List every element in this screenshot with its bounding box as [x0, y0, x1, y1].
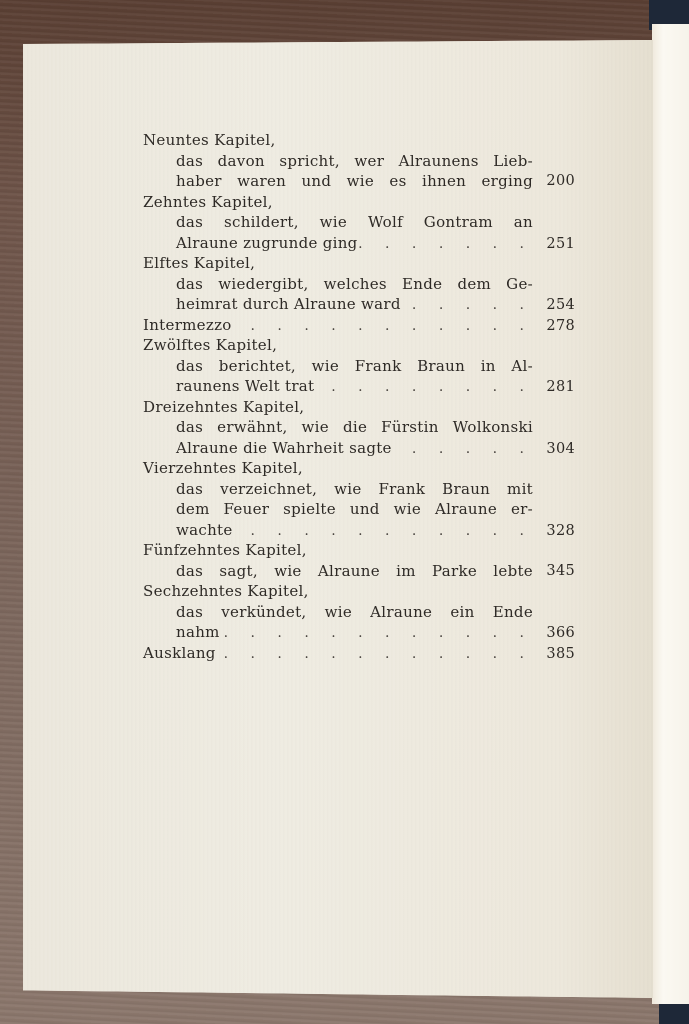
toc-entry-description-line: das verkündet, wie Alraune ein Ende — [143, 602, 575, 623]
toc-entry-description-line: haber waren und wie es ihnen erging200 — [143, 171, 575, 192]
toc-entry-heading: Zehntes Kapitel, — [143, 192, 575, 213]
chapter-title: Fünfzehntes Kapitel, — [143, 540, 307, 561]
toc-entry-description-line: das erwähnt, wie die Fürstin Wolkonski — [143, 417, 575, 438]
chapter-title: Intermezzo — [143, 315, 232, 336]
toc-entry-heading: Ausklang. . . . . . . . . . . . . . . . … — [143, 643, 575, 664]
dot-leader: . . . . . . . . . . . . . . . . . . . . … — [401, 295, 543, 316]
chapter-description: dem Feuer spielte und wie Alraune er- — [176, 499, 575, 520]
toc-entry-description-line: das verzeichnet, wie Frank Braun mit — [143, 479, 575, 500]
chapter-title: Zwölftes Kapitel, — [143, 335, 277, 356]
chapter-title: Ausklang — [143, 643, 216, 664]
page-number: 251 — [543, 234, 575, 255]
chapter-description: Alraune zugrunde ging — [176, 233, 358, 254]
toc-entry-heading: Neuntes Kapitel, — [143, 130, 575, 151]
toc-entry-description-line: Alraune zugrunde ging. . . . . . . . . .… — [143, 233, 575, 254]
page-number: 278 — [543, 316, 575, 337]
chapter-description: heimrat durch Alraune ward — [176, 294, 401, 315]
dot-leader: . . . . . . . . . . . . . . . . . . . . … — [216, 644, 543, 665]
chapter-title: Vierzehntes Kapitel, — [143, 458, 303, 479]
table-of-contents: Neuntes Kapitel,das davon spricht, wer A… — [143, 130, 575, 663]
toc-entry-description-line: Alraune die Wahrheit sagte. . . . . . . … — [143, 438, 575, 459]
page-number: 345 — [546, 561, 575, 582]
chapter-title: Sechzehntes Kapitel, — [143, 581, 309, 602]
toc-entry-description-line: wachte. . . . . . . . . . . . . . . . . … — [143, 520, 575, 541]
dot-leader: . . . . . . . . . . . . . . . . . . . . … — [392, 439, 543, 460]
toc-entry-description-line: das schildert, wie Wolf Gontram an — [143, 212, 575, 233]
chapter-description: das verzeichnet, wie Frank Braun mit — [176, 479, 575, 500]
page-number: 281 — [543, 377, 575, 398]
dot-leader: . . . . . . . . . . . . . . . . . . . . … — [314, 377, 543, 398]
chapter-description: das schildert, wie Wolf Gontram an — [176, 212, 575, 233]
chapter-title: Zehntes Kapitel, — [143, 192, 273, 213]
toc-entry-description-line: das davon spricht, wer Alraunens Lieb- — [143, 151, 575, 172]
dot-leader: . . . . . . . . . . . . . . . . . . . . … — [233, 521, 543, 542]
chapter-description: wachte — [176, 520, 233, 541]
page-number: 385 — [543, 644, 575, 665]
toc-entry-heading: Elftes Kapitel, — [143, 253, 575, 274]
toc-entry-heading: Intermezzo. . . . . . . . . . . . . . . … — [143, 315, 575, 336]
toc-entry-heading: Fünfzehntes Kapitel, — [143, 540, 575, 561]
toc-entry-description-line: das sagt, wie Alraune im Parke lebte345 — [143, 561, 575, 582]
chapter-title: Dreizehntes Kapitel, — [143, 397, 304, 418]
chapter-description: nahm — [176, 622, 220, 643]
chapter-description: das davon spricht, wer Alraunens Lieb- — [176, 151, 575, 172]
dot-leader: . . . . . . . . . . . . . . . . . . . . … — [220, 623, 543, 644]
toc-entry-description-line: raunens Welt trat. . . . . . . . . . . .… — [143, 376, 575, 397]
toc-entry-description-line: das wiedergibt, welches Ende dem Ge- — [143, 274, 575, 295]
toc-entry-description-line: heimrat durch Alraune ward. . . . . . . … — [143, 294, 575, 315]
toc-entry-heading: Zwölftes Kapitel, — [143, 335, 575, 356]
page-number: 366 — [543, 623, 575, 644]
page-number: 200 — [546, 171, 575, 192]
facing-page-edge — [652, 24, 689, 1004]
chapter-description: das berichtet, wie Frank Braun in Al- — [176, 356, 575, 377]
chapter-description: Alraune die Wahrheit sagte — [176, 438, 392, 459]
toc-entry-description-line: nahm. . . . . . . . . . . . . . . . . . … — [143, 622, 575, 643]
toc-entry-heading: Vierzehntes Kapitel, — [143, 458, 575, 479]
chapter-description: raunens Welt trat — [176, 376, 314, 397]
chapter-title: Neuntes Kapitel, — [143, 130, 276, 151]
chapter-description: das wiedergibt, welches Ende dem Ge- — [176, 274, 575, 295]
dot-leader: . . . . . . . . . . . . . . . . . . . . … — [232, 316, 543, 337]
toc-entry-heading: Dreizehntes Kapitel, — [143, 397, 575, 418]
toc-entry-heading: Sechzehntes Kapitel, — [143, 581, 575, 602]
chapter-description: das sagt, wie Alraune im Parke lebte — [176, 561, 575, 582]
chapter-description: das erwähnt, wie die Fürstin Wolkonski — [176, 417, 575, 438]
toc-entry-description-line: das berichtet, wie Frank Braun in Al- — [143, 356, 575, 377]
chapter-title: Elftes Kapitel, — [143, 253, 255, 274]
chapter-description: haber waren und wie es ihnen erging — [176, 171, 575, 192]
chapter-description: das verkündet, wie Alraune ein Ende — [176, 602, 575, 623]
dot-leader: . . . . . . . . . . . . . . . . . . . . … — [358, 234, 543, 255]
page-number: 328 — [543, 521, 575, 542]
page-number: 254 — [543, 295, 575, 316]
page-number: 304 — [543, 439, 575, 460]
toc-entry-description-line: dem Feuer spielte und wie Alraune er- — [143, 499, 575, 520]
